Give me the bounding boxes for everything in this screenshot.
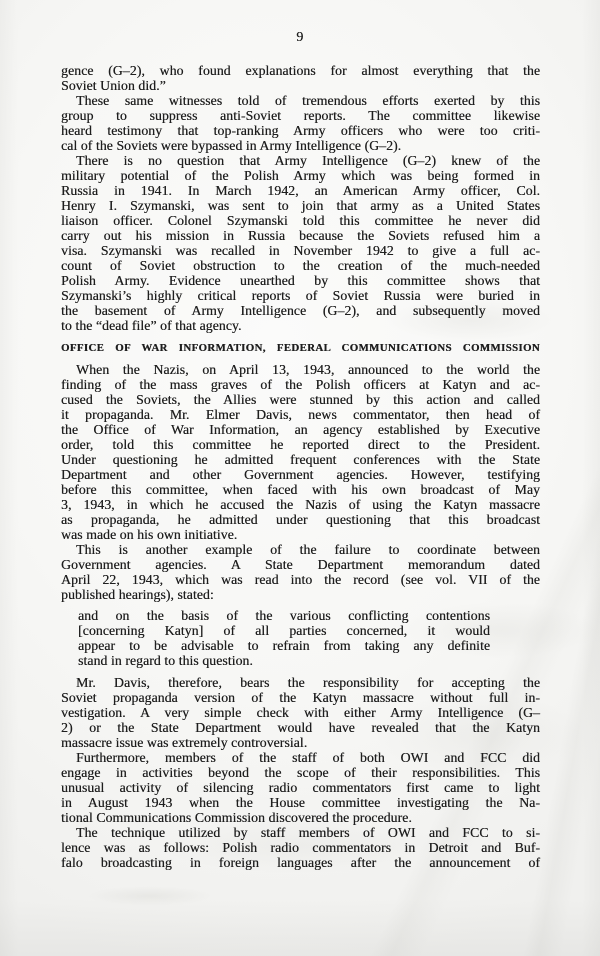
text-line: 3, 1943, in which he accused the Nazis o… xyxy=(61,497,540,512)
text-line: as propaganda, he admitted under questio… xyxy=(61,512,540,527)
text-line: Russia in 1941. In March 1942, an Americ… xyxy=(61,183,540,198)
paragraph-witnesses: These same witnesses told of tremendous … xyxy=(61,93,540,153)
paragraph-szymanski: There is no question that Army Intellige… xyxy=(61,153,540,333)
paragraph-furthermore-and-technique: Furthermore, members of the staff of bot… xyxy=(61,750,540,870)
text-line: gence (G–2), who found explanations for … xyxy=(61,63,540,78)
text-line: 2) or the State Department would have re… xyxy=(61,720,540,735)
text-line: Under questioning he admitted frequent c… xyxy=(61,452,540,467)
text-line: stand in regard to this question. xyxy=(78,653,490,668)
section-heading: OFFICE OF WAR INFORMATION, FEDERAL COMMU… xyxy=(61,341,540,356)
text-line: count of Soviet obstruction to the creat… xyxy=(61,258,540,273)
text-line: April 22, 1943, which was read into the … xyxy=(61,572,540,587)
text-line: Henry I. Szymanski, was sent to join tha… xyxy=(61,198,540,213)
text-line: carry out his mission in Russia because … xyxy=(61,228,540,243)
text-line: These same witnesses told of tremendous … xyxy=(61,93,540,108)
text-line: Department and other Government agencies… xyxy=(61,467,540,482)
text-line: Szymanski’s highly critical reports of S… xyxy=(61,288,540,303)
text-line: [concerning Katyn] of all parties concer… xyxy=(78,623,490,638)
text-line: the Office of War Information, an agency… xyxy=(61,422,540,437)
text-line: visa. Szymanski was recalled in November… xyxy=(61,243,540,258)
text-line: Government agencies. A State Department … xyxy=(61,557,540,572)
text-line: The technique utilized by staff members … xyxy=(61,825,540,840)
paragraph-nazis-announce: When the Nazis, on April 13, 1943, annou… xyxy=(61,362,540,542)
text-line: before this committee, when faced with h… xyxy=(61,482,540,497)
text-line: This is another example of the failure t… xyxy=(61,542,540,557)
text-line: Mr. Davis, therefore, bears the responsi… xyxy=(61,675,540,690)
text-line: was made on his own initiative. xyxy=(61,527,540,542)
text-line: and on the basis of the various conflict… xyxy=(78,608,490,623)
text-line: appear to be advisable to refrain from t… xyxy=(78,638,490,653)
text-line: liaison officer. Colonel Szymanski told … xyxy=(61,213,540,228)
text-line: massacre issue was extremely controversi… xyxy=(61,735,540,750)
paragraph-failure-coordinate: This is another example of the failure t… xyxy=(61,542,540,602)
page-body-text: gence (G–2), who found explanations for … xyxy=(61,63,540,870)
text-line: group to suppress anti-Soviet reports. T… xyxy=(61,108,540,123)
text-line: it propaganda. Mr. Elmer Davis, news com… xyxy=(61,407,540,422)
text-line: order, told this committee he reported d… xyxy=(61,437,540,452)
text-line: vestigation. A very simple check with ei… xyxy=(61,705,540,720)
text-line: military potential of the Polish Army wh… xyxy=(61,168,540,183)
paragraph-davis-responsibility: Mr. Davis, therefore, bears the responsi… xyxy=(61,675,540,750)
text-line: the basement of Army Intelligence (G–2),… xyxy=(61,303,540,318)
text-line: cused the Soviets, the Allies were stunn… xyxy=(61,392,540,407)
text-line: lence was as follows: Polish radio comme… xyxy=(61,840,540,855)
text-line: published hearings), stated: xyxy=(61,587,540,602)
scanned-document-page: 9 gence (G–2), who found explanations fo… xyxy=(0,0,600,956)
text-line: Soviet Union did.” xyxy=(61,78,540,93)
text-line: heard testimony that top-ranking Army of… xyxy=(61,123,540,138)
text-line: When the Nazis, on April 13, 1943, annou… xyxy=(61,362,540,377)
text-line: falo broadcasting in foreign languages a… xyxy=(61,855,540,870)
text-line: There is no question that Army Intellige… xyxy=(61,153,540,168)
paragraph-continuation: gence (G–2), who found explanations for … xyxy=(61,63,540,93)
text-line: in August 1943 when the House committee … xyxy=(61,795,540,810)
text-line: unusual activity of silencing radio comm… xyxy=(61,780,540,795)
text-line: Polish Army. Evidence unearthed by this … xyxy=(61,273,540,288)
page-number: 9 xyxy=(0,30,600,46)
blockquote-state-department-memo: and on the basis of the various conflict… xyxy=(61,608,540,668)
text-line: to the “dead file” of that agency. xyxy=(61,318,540,333)
text-line: finding of the mass graves of the Polish… xyxy=(61,377,540,392)
text-line: Furthermore, members of the staff of bot… xyxy=(61,750,540,765)
text-line: engage in activities beyond the scope of… xyxy=(61,765,540,780)
text-line: cal of the Soviets were bypassed in Army… xyxy=(61,138,540,153)
text-line: Soviet propaganda version of the Katyn m… xyxy=(61,690,540,705)
text-line: tional Communications Commission discove… xyxy=(61,810,540,825)
